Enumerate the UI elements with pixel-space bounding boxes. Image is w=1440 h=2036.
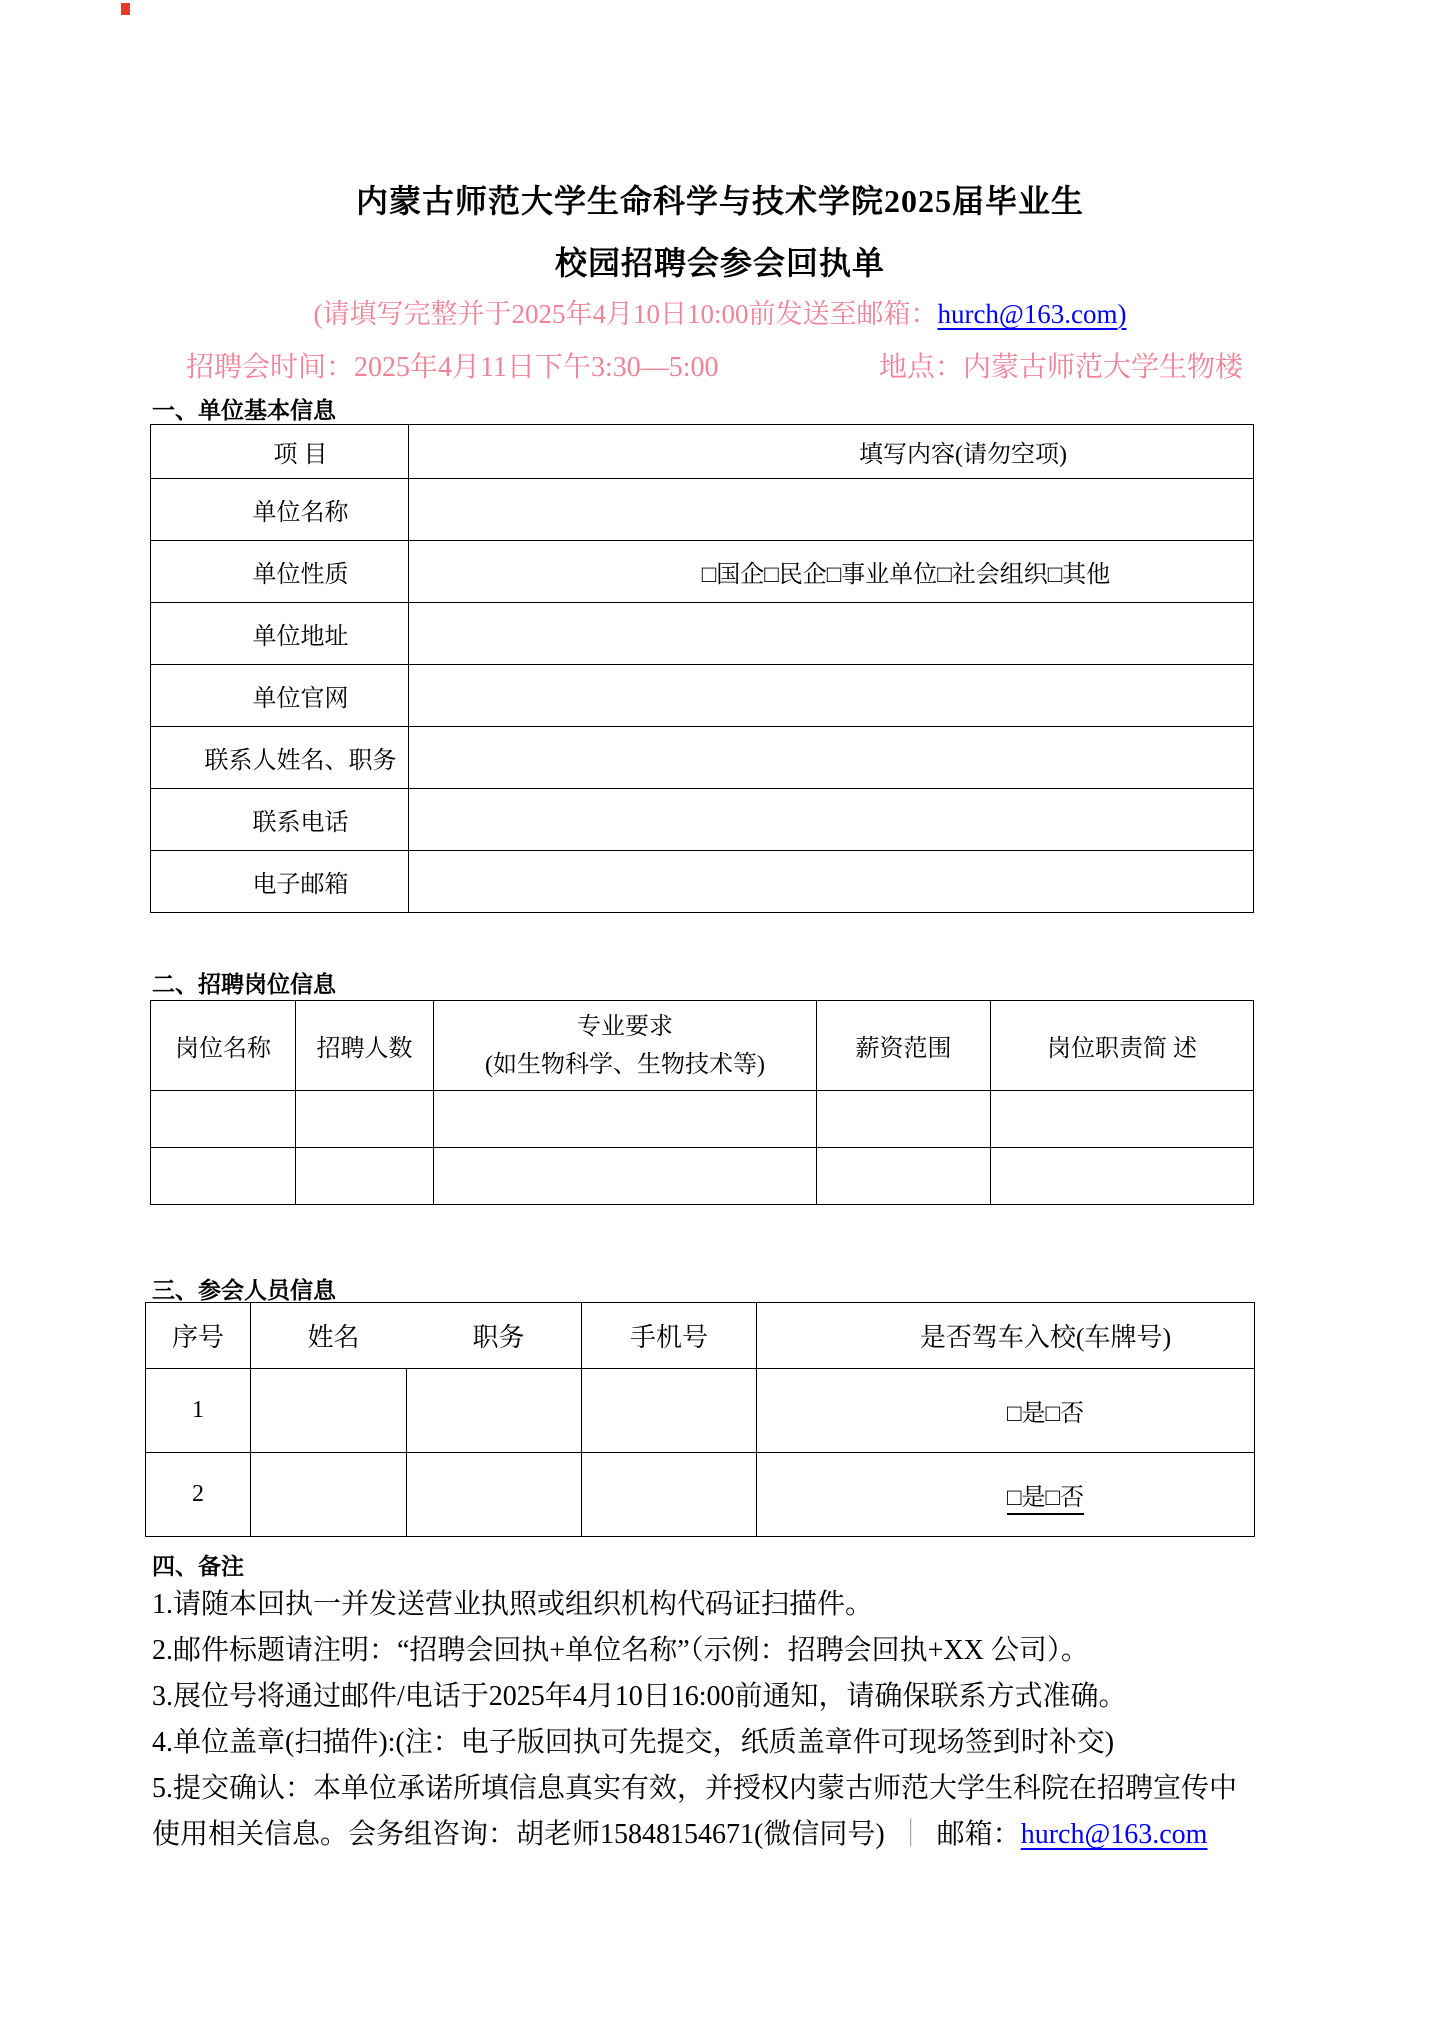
table-row (151, 1148, 1254, 1205)
t1-fill-unit-website[interactable] (409, 665, 1254, 727)
contact-email-label: 邮箱： (937, 1819, 1021, 1850)
event-schedule: 招聘会时间：2025年4月11日下午3:30—5:00 地点：内蒙古师范大学生物… (186, 345, 1243, 385)
table-row: 单位地址 (151, 603, 1254, 665)
t1-label-unit-name: 单位名称 (151, 479, 409, 541)
t2-fill-cell[interactable] (151, 1091, 296, 1148)
remark-item-5-continued: 使用相关信息。会务组咨询：胡老师15848154671(微信同号) (152, 1819, 885, 1850)
t2-fill-cell[interactable] (991, 1091, 1254, 1148)
document-title-line1: 内蒙古师范大学生命科学与技术学院2025届毕业生 (0, 176, 1440, 222)
table-row: 联系电话 (151, 789, 1254, 851)
section2-heading: 二、招聘岗位信息 (152, 966, 336, 999)
event-time: 招聘会时间：2025年4月11日下午3:30—5:00 (186, 345, 719, 385)
t3-row1-drive-options[interactable]: □是□否 (757, 1369, 1255, 1453)
t2-col-major-requirement-line2: (如生物科学、生物技术等) (434, 1046, 816, 1084)
t2-col-position-name: 岗位名称 (151, 1001, 296, 1091)
t1-fill-unit-name[interactable] (409, 479, 1254, 541)
unit-info-table: 项 目 填写内容(请勿空项) 单位名称 单位性质 □国企□民企□事业单位□社会组… (150, 424, 1254, 913)
t2-col-salary-range: 薪资范围 (817, 1001, 991, 1091)
t3-row2-fill-phone[interactable] (582, 1453, 757, 1537)
table-row: 单位官网 (151, 665, 1254, 727)
t3-col-name-title: 姓名 职务 (251, 1303, 582, 1369)
t2-col-headcount: 招聘人数 (296, 1001, 434, 1091)
t1-fill-contact-phone[interactable] (409, 789, 1254, 851)
t3-row2-fill-name[interactable] (251, 1453, 407, 1537)
t3-col-name: 姓名 (307, 1317, 359, 1354)
table-row: 序号 姓名 职务 手机号 是否驾车入校(车牌号) (146, 1303, 1255, 1369)
section3-heading: 三、参会人员信息 (152, 1272, 336, 1305)
t2-fill-cell[interactable] (434, 1091, 817, 1148)
t2-fill-cell[interactable] (296, 1091, 434, 1148)
t1-label-unit-address: 单位地址 (151, 603, 409, 665)
t3-row2-seq: 2 (146, 1453, 251, 1537)
t1-col-header-content: 填写内容(请勿空项) (409, 425, 1254, 479)
red-artifact-mark (121, 3, 130, 15)
t3-row2-fill-title[interactable] (407, 1453, 582, 1537)
t3-col-title: 职务 (472, 1317, 524, 1354)
t1-label-contact-name-title: 联系人姓名、职务 (151, 727, 409, 789)
document-title-line2: 校园招聘会参会回执单 (0, 238, 1440, 284)
t3-row2-drive-options[interactable]: □是□否 (757, 1453, 1255, 1537)
t2-fill-cell[interactable] (434, 1148, 817, 1205)
t1-fill-unit-nature-options[interactable]: □国企□民企□事业单位□社会组织□其他 (409, 541, 1254, 603)
remarks-list: 1.请随本回执一并发送营业执照或组织机构代码证扫描件。 2.邮件标题请注明：“招… (152, 1582, 1282, 1858)
notice-closing-paren: ) (1118, 299, 1127, 329)
t1-label-contact-phone: 联系电话 (151, 789, 409, 851)
t2-col-major-requirement: 专业要求 (如生物科学、生物技术等) (434, 1001, 817, 1091)
remark-item-4: 4.单位盖章(扫描件):(注：电子版回执可先提交，纸质盖章件可现场签到时补交) (152, 1720, 1282, 1766)
t1-label-unit-website: 单位官网 (151, 665, 409, 727)
vertical-bar-separator: ｜ (897, 1819, 925, 1850)
event-location: 地点：内蒙古师范大学生物楼 (879, 345, 1243, 385)
submission-notice: (请填写完整并于2025年4月10日10:00前发送至邮箱：hurch@163.… (0, 292, 1440, 331)
t3-col-seq: 序号 (146, 1303, 251, 1369)
t1-label-email: 电子邮箱 (151, 851, 409, 913)
table-row: 1 □是□否 (146, 1369, 1255, 1453)
table-row: 2 □是□否 (146, 1453, 1255, 1537)
t1-fill-email[interactable] (409, 851, 1254, 913)
t3-row1-fill-title[interactable] (407, 1369, 582, 1453)
contact-email-link[interactable]: hurch@163.com (1021, 1819, 1208, 1850)
t2-fill-cell[interactable] (296, 1148, 434, 1205)
t2-fill-cell[interactable] (991, 1148, 1254, 1205)
t2-col-duty-brief: 岗位职责简 述 (991, 1001, 1254, 1091)
remark-item-1: 1.请随本回执一并发送营业执照或组织机构代码证扫描件。 (152, 1582, 1282, 1628)
table-row: 电子邮箱 (151, 851, 1254, 913)
job-positions-table: 岗位名称 招聘人数 专业要求 (如生物科学、生物技术等) 薪资范围 岗位职责简 … (150, 1000, 1254, 1205)
submission-notice-text: (请填写完整并于2025年4月10日10:00前发送至邮箱： (313, 299, 937, 329)
section1-heading: 一、单位基本信息 (152, 392, 336, 425)
table-row (151, 1091, 1254, 1148)
table-row: 联系人姓名、职务 (151, 727, 1254, 789)
t1-fill-contact-name-title[interactable] (409, 727, 1254, 789)
t3-col-phone: 手机号 (582, 1303, 757, 1369)
table-row: 单位性质 □国企□民企□事业单位□社会组织□其他 (151, 541, 1254, 603)
t3-row1-seq: 1 (146, 1369, 251, 1453)
notice-email-link[interactable]: hurch@163.com (937, 299, 1117, 329)
table-row: 岗位名称 招聘人数 专业要求 (如生物科学、生物技术等) 薪资范围 岗位职责简 … (151, 1001, 1254, 1091)
attendees-table: 序号 姓名 职务 手机号 是否驾车入校(车牌号) 1 □是□否 2 (145, 1302, 1255, 1537)
table-row: 单位名称 (151, 479, 1254, 541)
remark-item-5-line2: 使用相关信息。会务组咨询：胡老师15848154671(微信同号)｜邮箱：hur… (152, 1812, 1282, 1858)
t2-fill-cell[interactable] (817, 1091, 991, 1148)
t3-row2-drive-text: □是□否 (1007, 1485, 1084, 1511)
t2-col-major-requirement-line1: 专业要求 (434, 1008, 816, 1046)
remark-item-3: 3.展位号将通过邮件/电话于2025年4月10日16:00前通知，请确保联系方式… (152, 1674, 1282, 1720)
t2-fill-cell[interactable] (151, 1148, 296, 1205)
section4-heading: 四、备注 (152, 1548, 244, 1581)
table-row: 项 目 填写内容(请勿空项) (151, 425, 1254, 479)
t3-row1-fill-phone[interactable] (582, 1369, 757, 1453)
t3-row1-fill-name[interactable] (251, 1369, 407, 1453)
t1-fill-unit-address[interactable] (409, 603, 1254, 665)
document-page: 内蒙古师范大学生命科学与技术学院2025届毕业生 校园招聘会参会回执单 (请填写… (0, 0, 1440, 2036)
remark-item-5-line1: 5.提交确认：本单位承诺所填信息真实有效，并授权内蒙古师范大学生科院在招聘宣传中 (152, 1766, 1282, 1812)
t1-col-header-item: 项 目 (151, 425, 409, 479)
t2-fill-cell[interactable] (817, 1148, 991, 1205)
remark-item-2: 2.邮件标题请注明：“招聘会回执+单位名称”（示例：招聘会回执+XX 公司）。 (152, 1628, 1282, 1674)
t1-label-unit-nature: 单位性质 (151, 541, 409, 603)
t3-col-drive: 是否驾车入校(车牌号) (757, 1303, 1255, 1369)
